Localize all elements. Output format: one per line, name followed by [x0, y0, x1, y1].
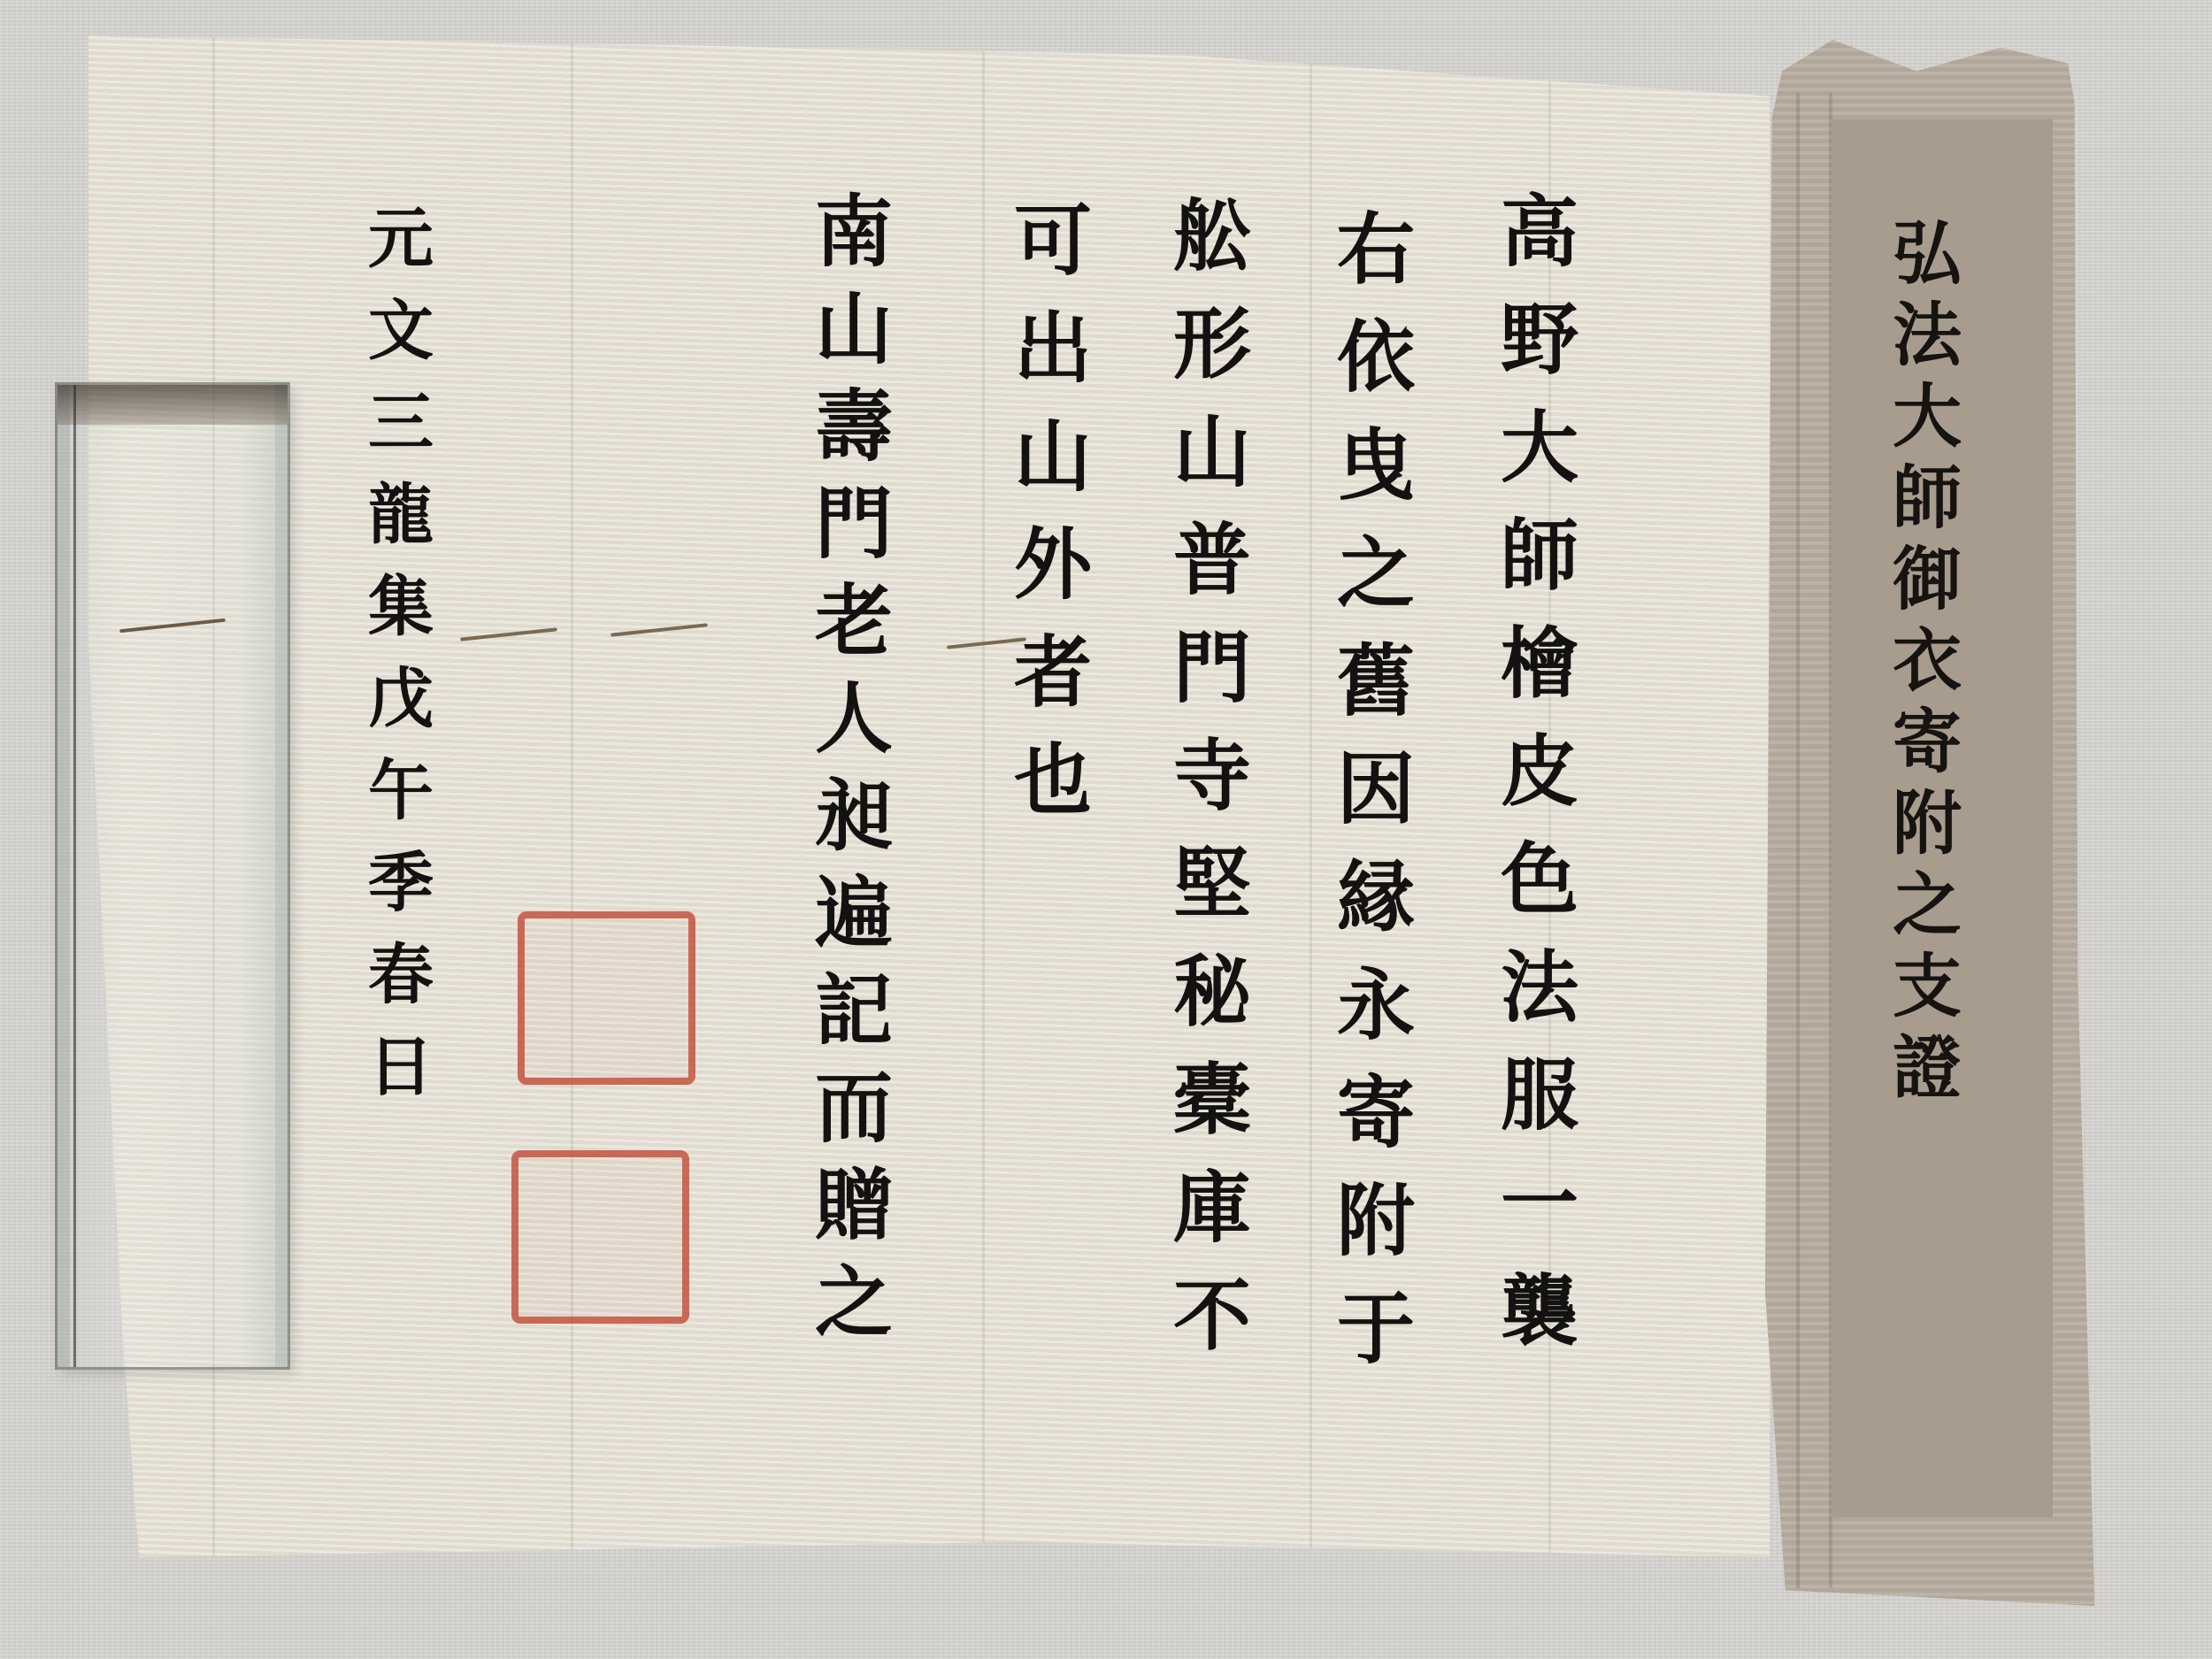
worm-damage	[119, 618, 226, 634]
upper-seal	[518, 911, 695, 1085]
fold-line	[571, 35, 573, 1557]
text-column-3: 舩形山普門寺堅秘橐庫不	[1168, 195, 1246, 1382]
text-column-1: 高野大師檜皮色法服一襲	[1495, 190, 1573, 1378]
text-column-5: 南山壽門老人昶遍記而贈之	[810, 190, 887, 1358]
document-wrapper: 弘法大師御衣寄附之支證	[1765, 40, 2101, 1606]
wrapper-fold	[1796, 93, 1800, 1588]
fold-line	[982, 35, 985, 1557]
text-column-2: 右依曳之舊因縁永寄附于	[1332, 208, 1409, 1395]
wrapper-label: 弘法大師御衣寄附之支證	[1871, 217, 1970, 1112]
date-column: 元文三龍集戊午季春日	[363, 204, 428, 1124]
glass-top-edge	[58, 385, 288, 425]
glass-paperweight[interactable]	[55, 382, 290, 1370]
fold-line	[1310, 35, 1312, 1557]
lower-seal	[511, 1150, 689, 1324]
text-column-4: 可出山外者也	[1009, 199, 1087, 847]
glass-side-edge	[73, 385, 76, 1367]
